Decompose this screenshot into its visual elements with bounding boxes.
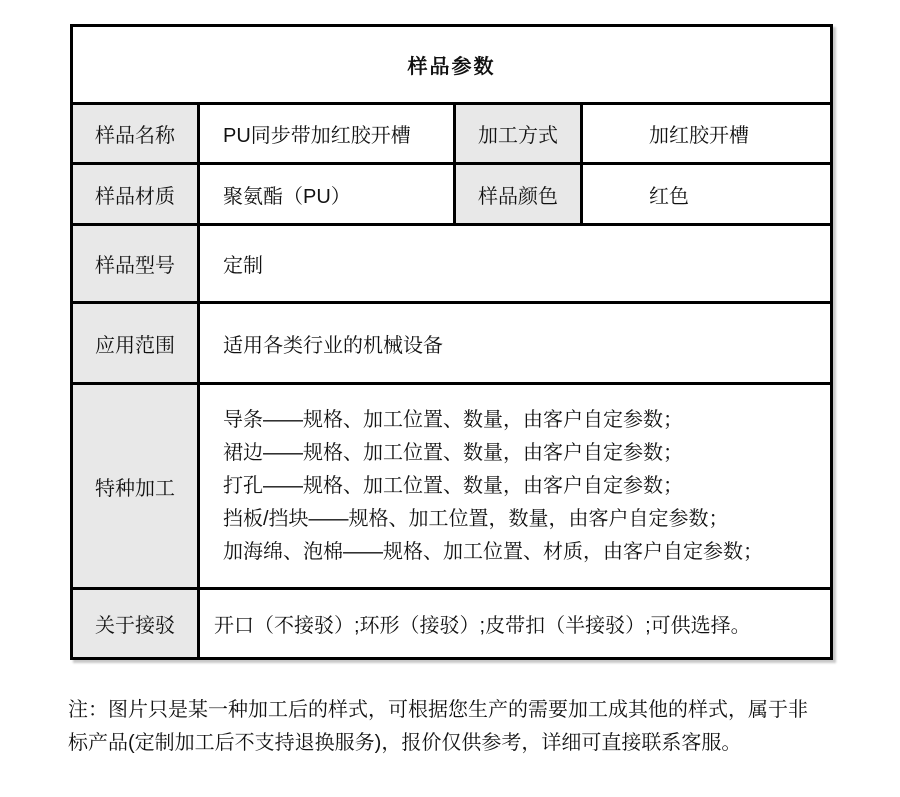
row-sample-name: 样品名称 PU同步带加红胶开槽 加工方式 加红胶开槽: [72, 104, 832, 164]
label-splicing: 关于接驳: [72, 589, 199, 659]
label-sample-color: 样品颜色: [455, 164, 582, 225]
value-special-processing: 导条——规格、加工位置、数量，由客户自定参数； 裙边——规格、加工位置、数量，由…: [199, 384, 832, 589]
spec-line-sponge-foam: 加海绵、泡棉——规格、加工位置、材质，由客户自定参数；: [223, 536, 830, 569]
label-application-range: 应用范围: [72, 303, 199, 384]
title-row: 样品参数: [72, 26, 832, 104]
label-sample-model: 样品型号: [72, 225, 199, 303]
value-sample-material: 聚氨酯（PU）: [199, 164, 455, 225]
row-sample-material: 样品材质 聚氨酯（PU） 样品颜色 红色: [72, 164, 832, 225]
footer-note-line1: 注：图片只是某一种加工后的样式，可根据您生产的需要加工成其他的样式，属于非: [68, 699, 808, 721]
value-processing-method: 加红胶开槽: [582, 104, 832, 164]
footer-note-line2: 标产品(定制加工后不支持退换服务)，报价仅供参考，详细可直接联系客服。: [68, 732, 741, 754]
spec-line-guide-strip: 导条——规格、加工位置、数量，由客户自定参数；: [223, 404, 830, 437]
value-sample-name: PU同步带加红胶开槽: [199, 104, 455, 164]
footer-note: 注：图片只是某一种加工后的样式，可根据您生产的需要加工成其他的样式，属于非标产品…: [68, 694, 843, 760]
value-sample-color: 红色: [582, 164, 832, 225]
sample-parameters-table: 样品参数 样品名称 PU同步带加红胶开槽 加工方式 加红胶开槽 样品材质 聚氨酯…: [70, 24, 833, 660]
value-splicing: 开口（不接驳）;环形（接驳）;皮带扣（半接驳）;可供选择。: [199, 589, 832, 659]
spec-line-punching: 打孔——规格、加工位置、数量，由客户自定参数；: [223, 470, 830, 503]
row-splicing: 关于接驳 开口（不接驳）;环形（接驳）;皮带扣（半接驳）;可供选择。: [72, 589, 832, 659]
row-sample-model: 样品型号 定制: [72, 225, 832, 303]
row-application-range: 应用范围 适用各类行业的机械设备: [72, 303, 832, 384]
spec-line-skirt: 裙边——规格、加工位置、数量，由客户自定参数；: [223, 437, 830, 470]
value-sample-model: 定制: [199, 225, 832, 303]
label-special-processing: 特种加工: [72, 384, 199, 589]
label-sample-name: 样品名称: [72, 104, 199, 164]
row-special-processing: 特种加工 导条——规格、加工位置、数量，由客户自定参数； 裙边——规格、加工位置…: [72, 384, 832, 589]
label-processing-method: 加工方式: [455, 104, 582, 164]
label-sample-material: 样品材质: [72, 164, 199, 225]
table-title: 样品参数: [72, 26, 832, 104]
value-application-range: 适用各类行业的机械设备: [199, 303, 832, 384]
spec-line-baffle: 挡板/挡块——规格、加工位置，数量，由客户自定参数；: [223, 503, 830, 536]
